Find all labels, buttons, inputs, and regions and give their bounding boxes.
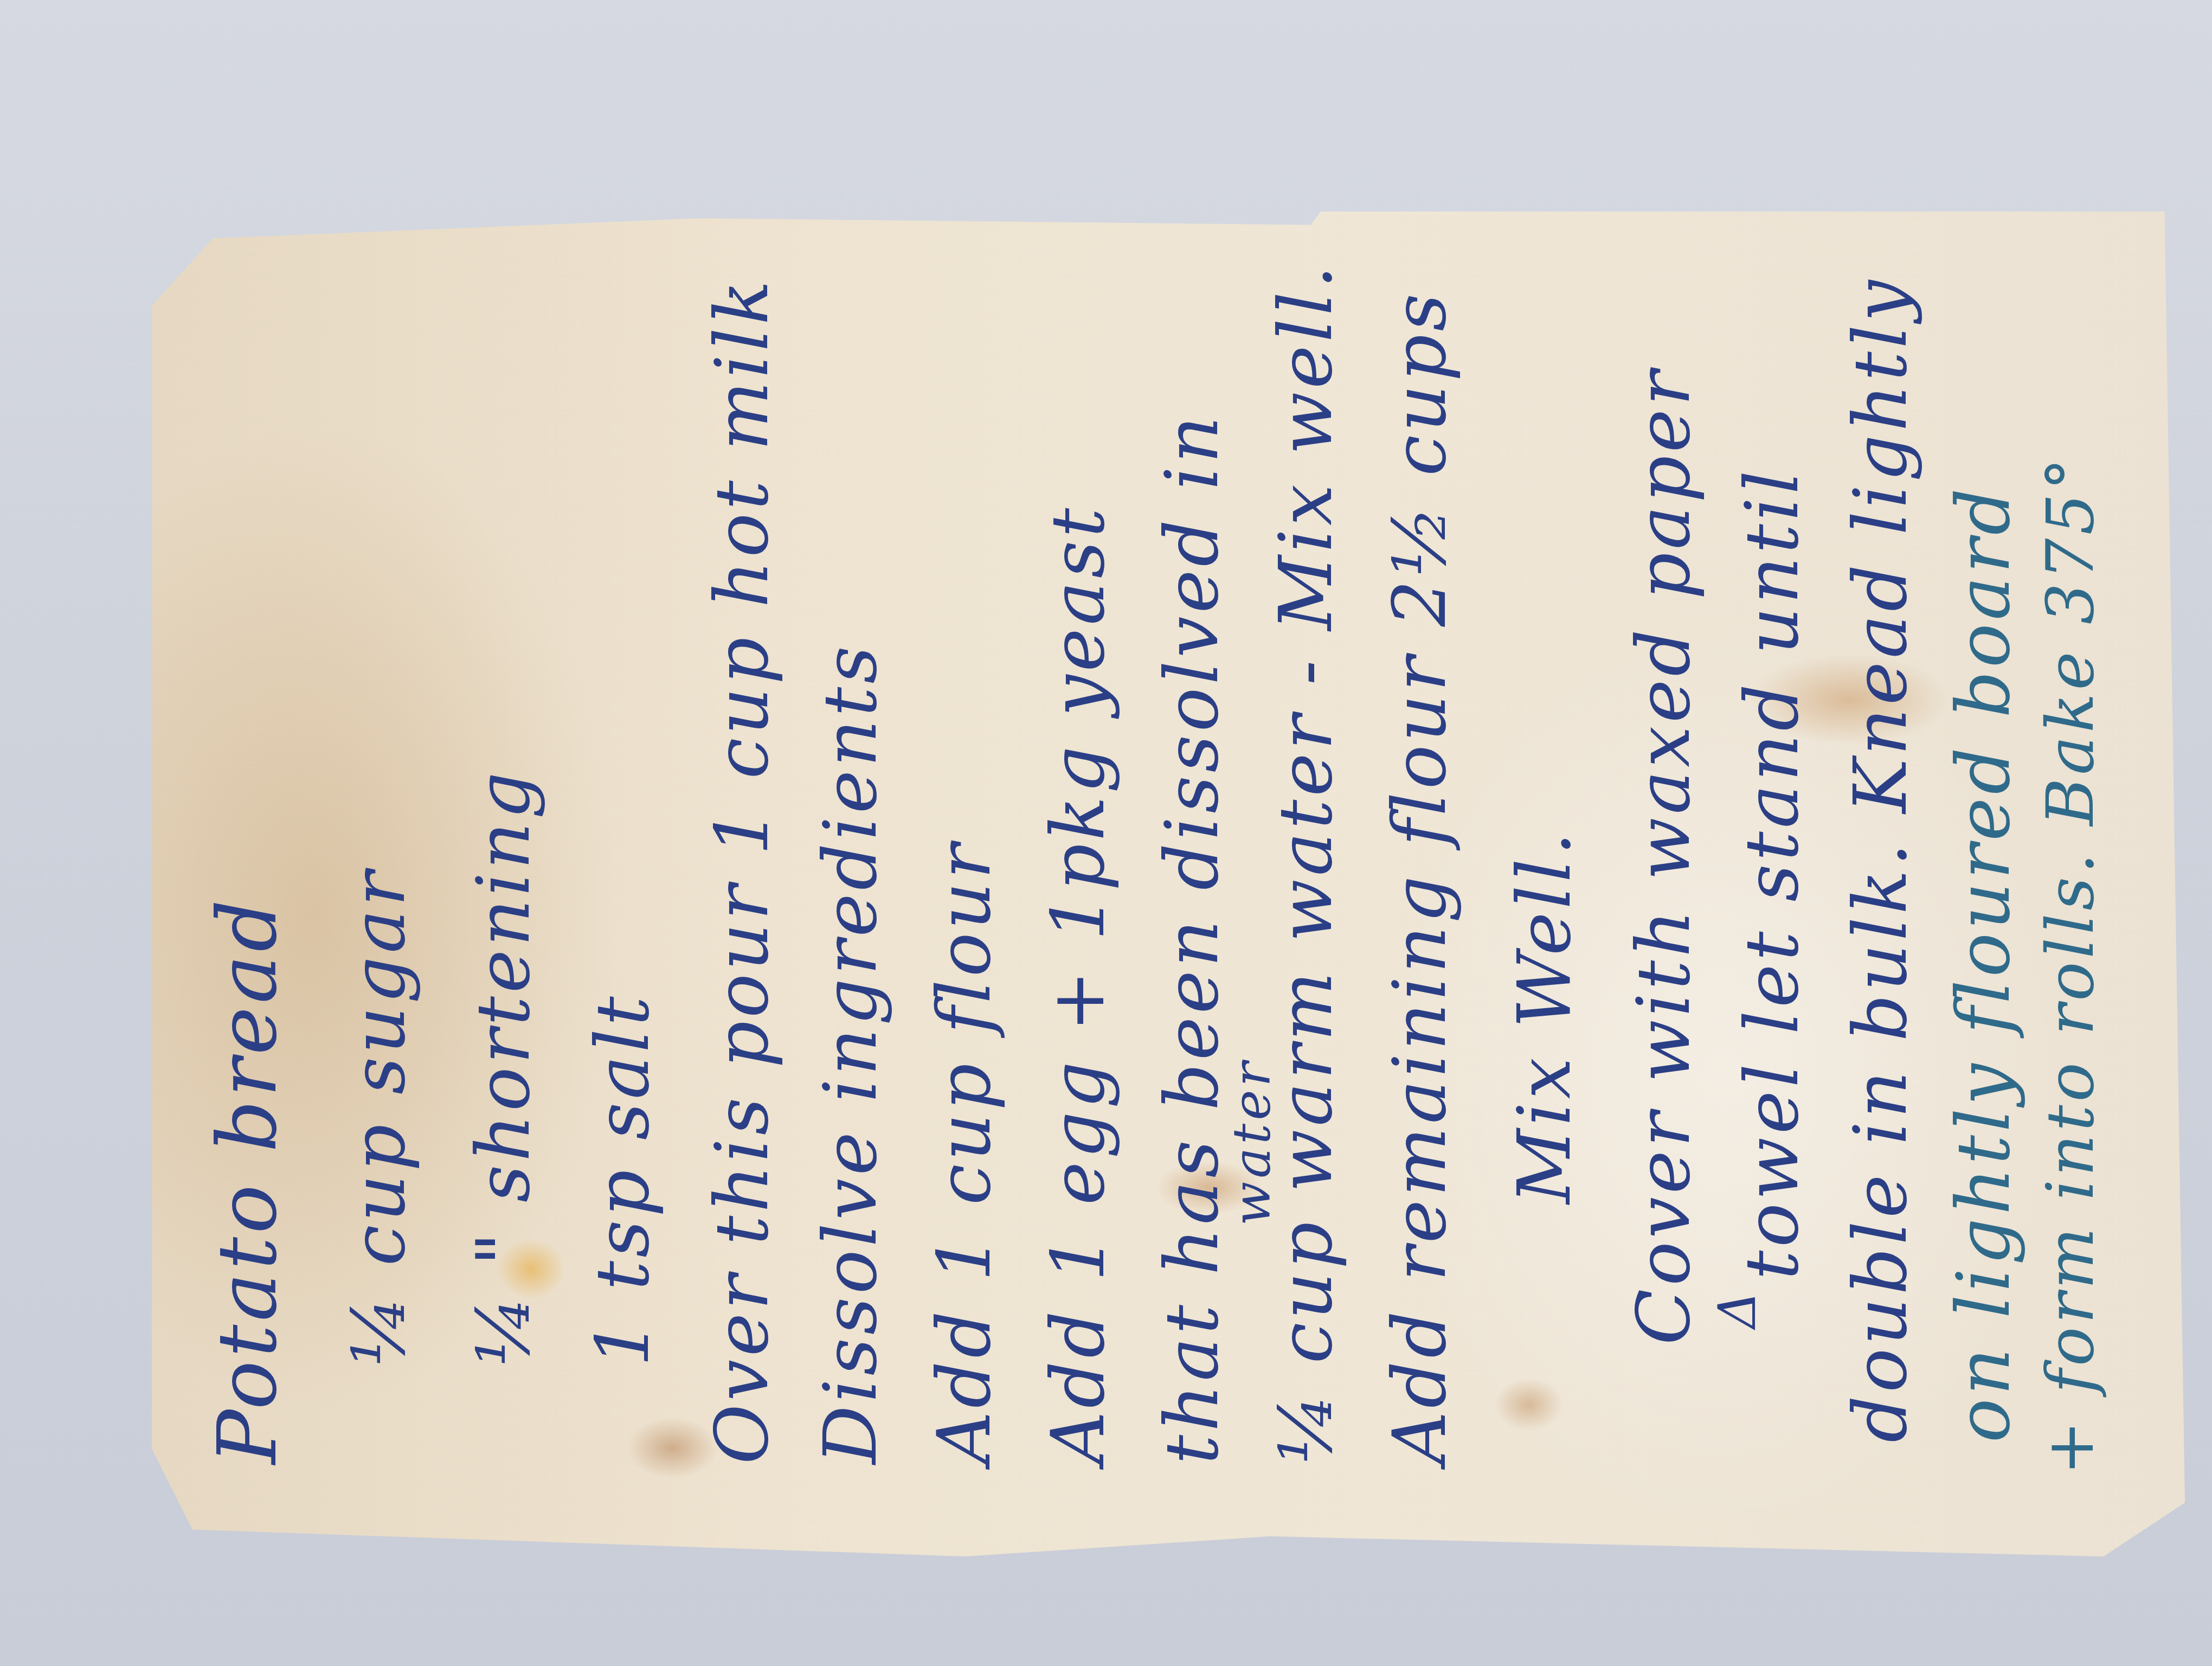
caret-mark: Δ [1708,1288,1767,1329]
step-mix-well: Mix Well. [1502,829,1587,1204]
step-remaining-flour: Add remaining flour 2½ cups [1377,291,1462,1464]
step-pour-milk: Over this pour 1 cup hot milk [699,277,785,1464]
ingredient-sugar: ¼ cup sugar [336,868,421,1367]
step-dissolved-in: that has been dissolved in [1149,413,1234,1464]
step-warm-water-mix: ¼ cup warm water - Mix well. [1263,262,1348,1464]
step-form-rolls-bake: + form into rolls. Bake 375° [2033,454,2108,1475]
step-towel-stand: towel let stand until [1729,467,1815,1280]
ingredient-shortening: ¼ " shortening [461,769,546,1367]
recipe-text-rotated: Potato bread ¼ cup sugar ¼ " shortening … [157,260,2055,1508]
step-add-flour: Add 1 cup flour [922,841,1007,1464]
ingredient-salt: 1 tsp salt [580,993,665,1367]
step-cover: Cover with waxed paper [1621,368,1706,1345]
step-dissolve: Dissolve ingredients [808,643,893,1464]
step-add-egg-yeast: Add 1 egg + 1pkg yeast [1036,505,1121,1464]
recipe-title: Potato bread [201,896,295,1464]
step-double-knead: double in bulk. Knead lightly [1838,277,1923,1443]
step-floured-board: on lightly floured board [1941,485,2026,1443]
